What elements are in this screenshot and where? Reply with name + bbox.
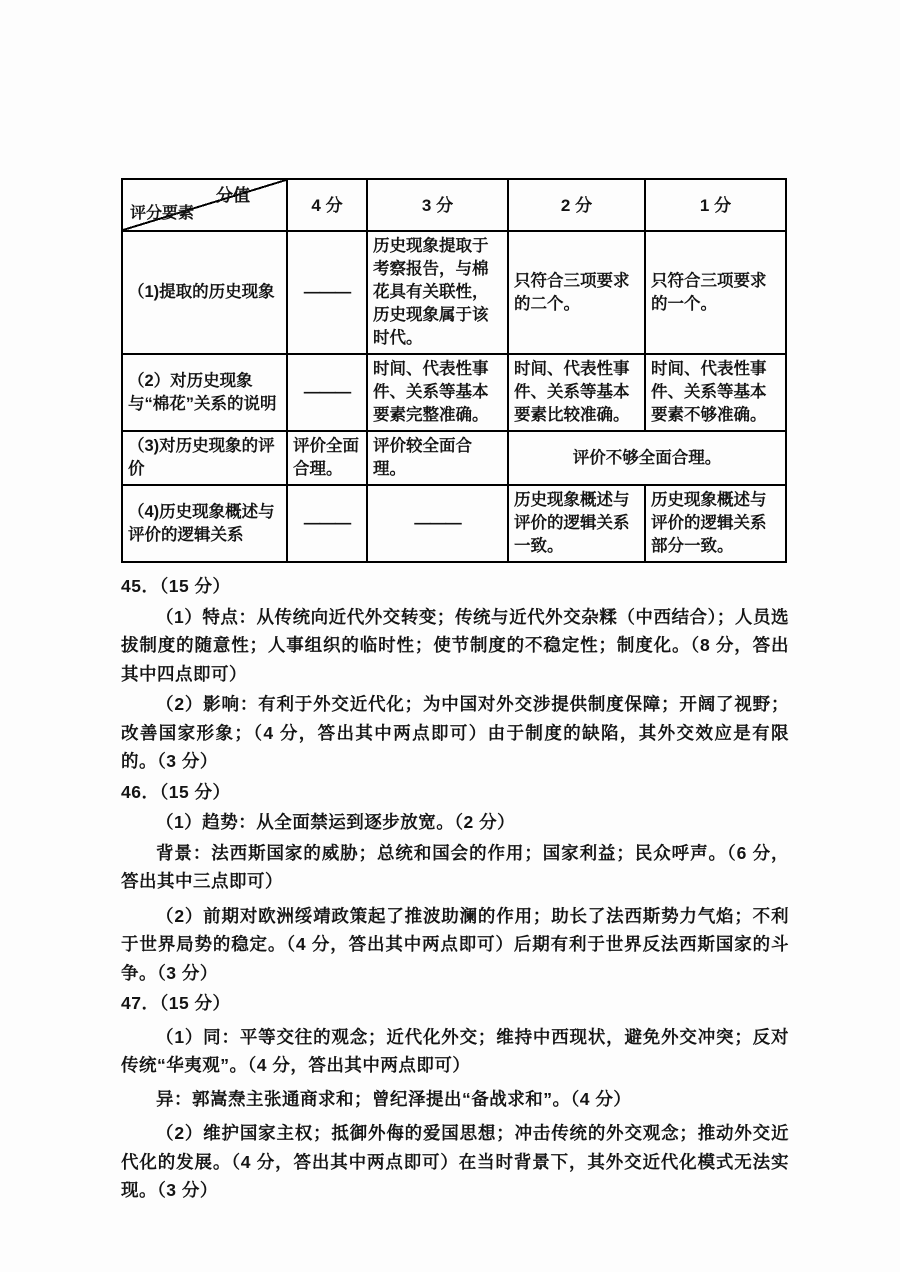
score1-cell: 只符合三项要求的一个。: [645, 231, 786, 354]
answer-paragraph: （1）同：平等交往的观念；近代化外交；维持中西现状，避免外交冲突；反对传统“华夷…: [121, 1023, 789, 1080]
rubric-row-2: （2）对历史现象与“棉花”关系的说明 ——— 时间、代表性事件、关系等基本要素完…: [122, 354, 786, 431]
rubric-row-4: （4)历史现象概述与评价的逻辑关系 ——— ——— 历史现象概述与评价的逻辑关系…: [122, 485, 786, 562]
score2-1-merged-cell: 评价不够全面合理。: [508, 431, 786, 485]
rubric-row-1: （1)提取的历史现象 ——— 历史现象提取于考察报告，与棉花具有关联性，历史现象…: [122, 231, 786, 354]
question-47-heading: 47．（15 分）: [121, 989, 789, 1018]
column-header-2pt: 2 分: [508, 179, 645, 231]
criteria-cell: （3)对历史现象的评价: [122, 431, 287, 485]
dash-placeholder: ———: [287, 354, 367, 431]
document-page: 分值 评分要素 4 分 3 分 2 分 1 分 （1)提取的历史现象 ——— 历…: [0, 0, 900, 1272]
score1-cell: 时间、代表性事件、关系等基本要素不够准确。: [645, 354, 786, 431]
answer-key-text: 45．（15 分） （1）特点：从传统向近代外交转变；传统与近代外交杂糅（中西结…: [121, 572, 789, 1205]
page-content: 分值 评分要素 4 分 3 分 2 分 1 分 （1)提取的历史现象 ——— 历…: [121, 178, 789, 1207]
column-header-3pt: 3 分: [367, 179, 508, 231]
rubric-header-row: 分值 评分要素 4 分 3 分 2 分 1 分: [122, 179, 786, 231]
scoring-rubric-table: 分值 评分要素 4 分 3 分 2 分 1 分 （1)提取的历史现象 ——— 历…: [121, 178, 787, 563]
answer-paragraph: 背景：法西斯国家的威胁；总统和国会的作用；国家利益；民众呼声。（6 分，答出其中…: [121, 839, 789, 896]
question-45-heading: 45．（15 分）: [121, 572, 789, 601]
corner-score-label: 分值: [216, 184, 250, 207]
answer-paragraph: （2）影响：有利于外交近代化；为中国对外交涉提供制度保障；开阔了视野；改善国家形…: [121, 690, 789, 776]
column-header-4pt: 4 分: [287, 179, 367, 231]
answer-paragraph: （2）维护国家主权；抵御外侮的爱国思想；冲击传统的外交观念；推动外交近代化的发展…: [121, 1119, 789, 1205]
answer-paragraph: 异：郭嵩焘主张通商求和；曾纪泽提出“备战求和”。（4 分）: [121, 1085, 789, 1114]
score3-cell: 评价较全面合理。: [367, 431, 508, 485]
score3-cell: 历史现象提取于考察报告，与棉花具有关联性，历史现象属于该时代。: [367, 231, 508, 354]
score2-cell: 历史现象概述与评价的逻辑关系一致。: [508, 485, 645, 562]
answer-paragraph: （1）趋势：从全面禁运到逐步放宽。（2 分）: [121, 808, 789, 837]
rubric-row-3: （3)对历史现象的评价 评价全面合理。 评价较全面合理。 评价不够全面合理。: [122, 431, 786, 485]
rubric-corner-cell: 分值 评分要素: [122, 179, 287, 231]
dash-placeholder: ———: [287, 231, 367, 354]
score1-cell: 历史现象概述与评价的逻辑关系部分一致。: [645, 485, 786, 562]
answer-paragraph: （2）前期对欧洲绥靖政策起了推波助澜的作用；助长了法西斯势力气焰；不利于世界局势…: [121, 902, 789, 988]
corner-criteria-label: 评分要素: [130, 202, 194, 225]
column-header-1pt: 1 分: [645, 179, 786, 231]
dash-placeholder: ———: [287, 485, 367, 562]
score2-cell: 时间、代表性事件、关系等基本要素比较准确。: [508, 354, 645, 431]
dash-placeholder: ———: [367, 485, 508, 562]
score2-cell: 只符合三项要求的二个。: [508, 231, 645, 354]
score4-cell: 评价全面合理。: [287, 431, 367, 485]
criteria-cell: （2）对历史现象与“棉花”关系的说明: [122, 354, 287, 431]
question-46-heading: 46．（15 分）: [121, 778, 789, 807]
answer-paragraph: （1）特点：从传统向近代外交转变；传统与近代外交杂糅（中西结合）；人员选拔制度的…: [121, 603, 789, 689]
criteria-cell: （4)历史现象概述与评价的逻辑关系: [122, 485, 287, 562]
criteria-cell: （1)提取的历史现象: [122, 231, 287, 354]
score3-cell: 时间、代表性事件、关系等基本要素完整准确。: [367, 354, 508, 431]
